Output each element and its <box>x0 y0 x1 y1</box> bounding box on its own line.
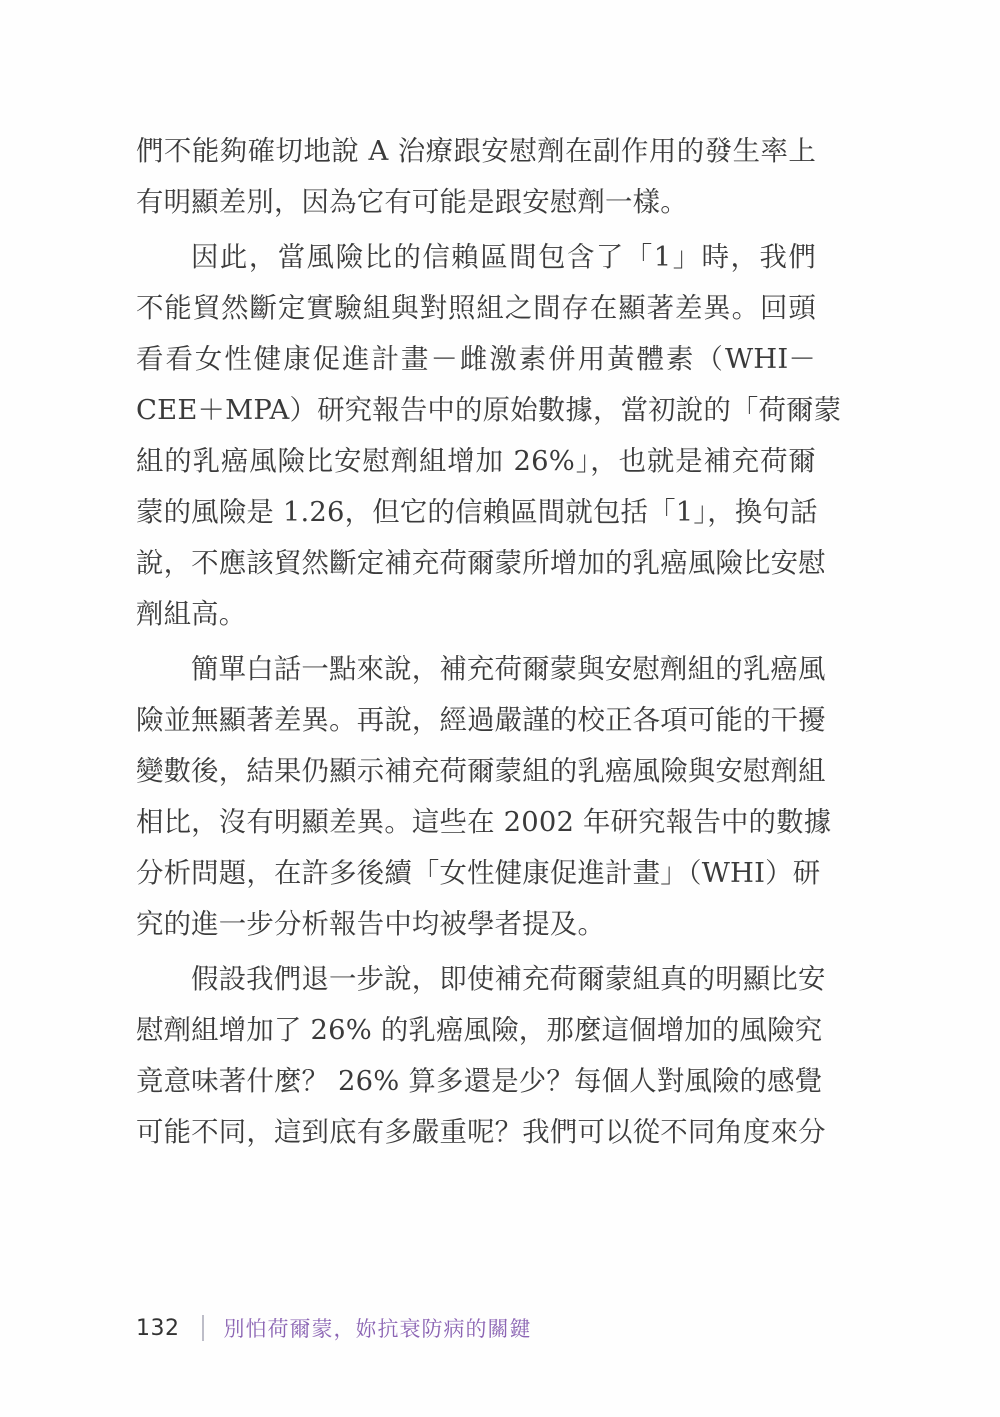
text-line: 竟意味著什麼？ 26% 算多還是少？每個人對風險的感覺 <box>136 1056 816 1107</box>
text-line: 有明顯差別，因為它有可能是跟安慰劑一樣。 <box>136 177 816 228</box>
text-line: 險並無顯著差異。再說，經過嚴謹的校正各項可能的干擾 <box>136 695 816 746</box>
text-line: 不能貿然斷定實驗組與對照組之間存在顯著差異。回頭 <box>136 283 816 334</box>
paragraph: 因此，當風險比的信賴區間包含了「1」時，我們 不能貿然斷定實驗組與對照組之間存在… <box>136 232 816 640</box>
text-line: 組的乳癌風險比安慰劑組增加 26%」，也就是補充荷爾 <box>136 436 816 487</box>
text-line: 簡單白話一點來說，補充荷爾蒙與安慰劑組的乳癌風 <box>136 644 816 695</box>
paragraph: 簡單白話一點來說，補充荷爾蒙與安慰劑組的乳癌風 險並無顯著差異。再說，經過嚴謹的… <box>136 644 816 950</box>
text-line: 變數後，結果仍顯示補充荷爾蒙組的乳癌風險與安慰劑組 <box>136 746 816 797</box>
text-line: 假設我們退一步說，即使補充荷爾蒙組真的明顯比安 <box>136 954 816 1005</box>
text-line: 們不能夠確切地說 A 治療跟安慰劑在副作用的發生率上 <box>136 126 816 177</box>
running-book-title: 別怕荷爾蒙，妳抗衰防病的關鍵 <box>224 1313 532 1343</box>
text-line: 分析問題，在許多後續「女性健康促進計畫」（WHI）研 <box>136 848 816 899</box>
footer-divider <box>202 1315 204 1341</box>
text-line: 因此，當風險比的信賴區間包含了「1」時，我們 <box>136 232 816 283</box>
text-line: 說，不應該貿然斷定補充荷爾蒙所增加的乳癌風險比安慰 <box>136 538 816 589</box>
page-number: 132 <box>136 1316 180 1341</box>
text-line: 相比，沒有明顯差異。這些在 2002 年研究報告中的數據 <box>136 797 816 848</box>
text-line: 可能不同，這到底有多嚴重呢？我們可以從不同角度來分 <box>136 1107 816 1158</box>
text-line: 看看女性健康促進計畫－雌激素併用黃體素（WHI－ <box>136 334 816 385</box>
page-footer: 132 別怕荷爾蒙，妳抗衰防病的關鍵 <box>136 1313 532 1343</box>
book-page: 們不能夠確切地說 A 治療跟安慰劑在副作用的發生率上 有明顯差別，因為它有可能是… <box>0 0 1000 1417</box>
text-line: 究的進一步分析報告中均被學者提及。 <box>136 899 816 950</box>
body-text: 們不能夠確切地說 A 治療跟安慰劑在副作用的發生率上 有明顯差別，因為它有可能是… <box>136 126 816 1158</box>
paragraph: 們不能夠確切地說 A 治療跟安慰劑在副作用的發生率上 有明顯差別，因為它有可能是… <box>136 126 816 228</box>
text-line: CEE＋MPA）研究報告中的原始數據，當初說的「荷爾蒙 <box>136 385 816 436</box>
paragraph: 假設我們退一步說，即使補充荷爾蒙組真的明顯比安 慰劑組增加了 26% 的乳癌風險… <box>136 954 816 1158</box>
text-line: 蒙的風險是 1.26，但它的信賴區間就包括「1」，換句話 <box>136 487 816 538</box>
text-line: 慰劑組增加了 26% 的乳癌風險，那麼這個增加的風險究 <box>136 1005 816 1056</box>
text-line: 劑組高。 <box>136 589 816 640</box>
